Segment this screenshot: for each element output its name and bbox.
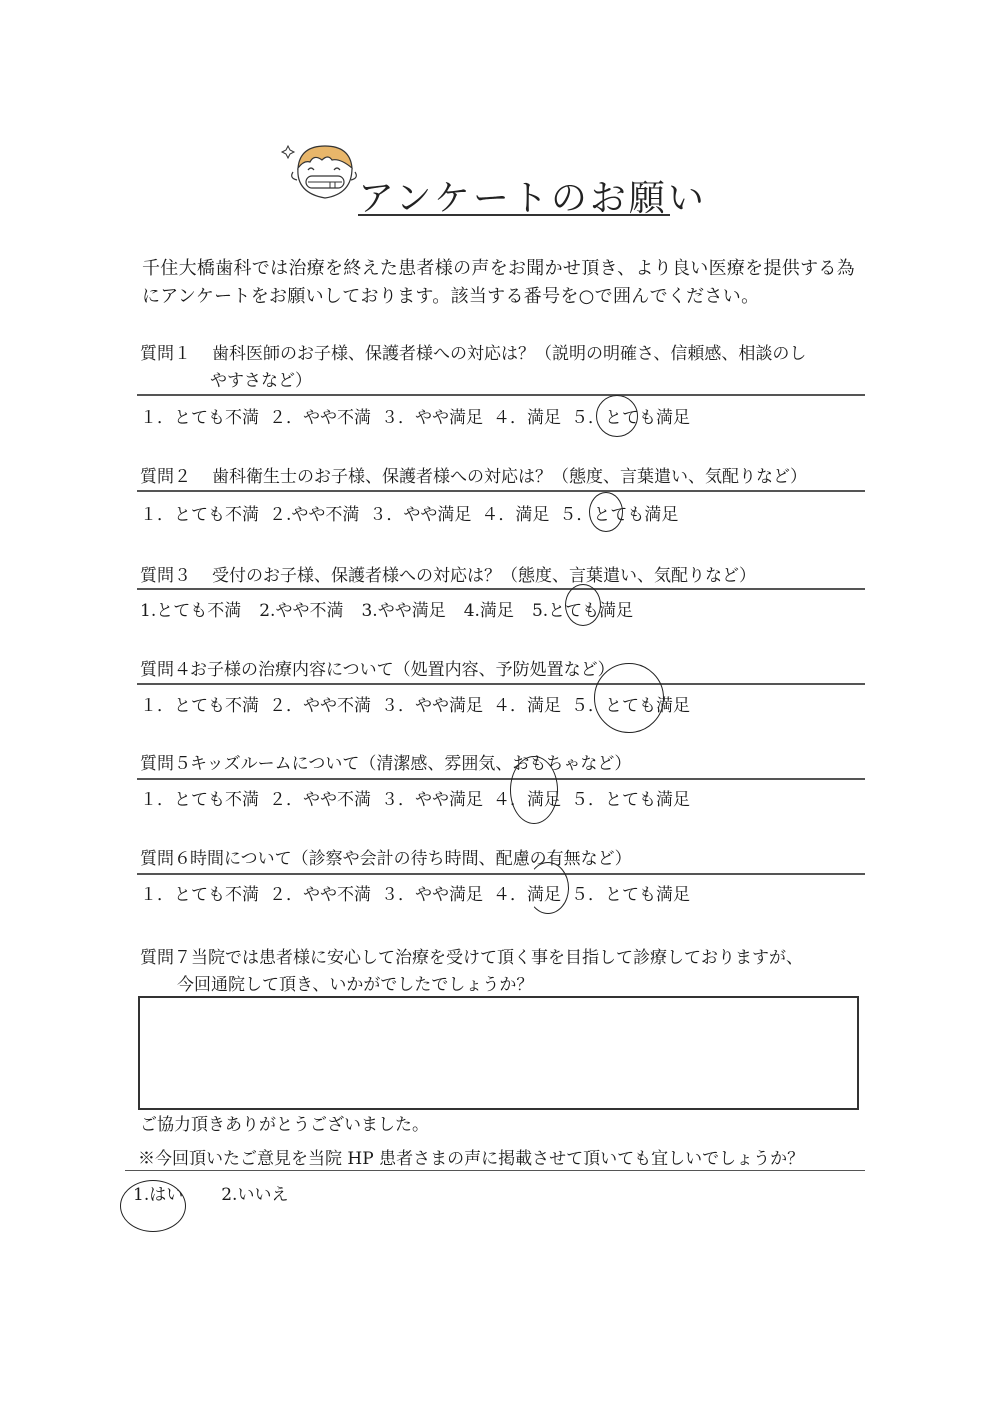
consent-question: ※今回頂いたご意見を当院 HP 患者さまの声に掲載させて頂いても宜しいでしょうか… <box>138 1144 804 1169</box>
option-2[interactable]: ２．やや不満 <box>269 785 371 810</box>
question-text: 歯科衛生士のお子様、保護者様への対応は？（態度、言葉遣い、気配りなど） <box>212 467 807 487</box>
option-4[interactable]: 4.満足 <box>464 596 514 621</box>
intro-text: 千住大橋歯科では治療を終えた患者様の声をお聞かせ頂き、より良い医療を提供する為 … <box>142 255 872 311</box>
question-1: 質問１歯科医師のお子様、保護者様への対応は？（説明の明確さ、信頼感、相談のし や… <box>140 341 806 395</box>
option-3[interactable]: 3.やや満足 <box>361 596 445 621</box>
option-2[interactable]: ２．やや不満 <box>269 691 371 716</box>
question-text: お子様の治療内容について（処置内容、予防処置など） <box>190 660 615 680</box>
selected-circle-q6 <box>527 862 569 914</box>
option-5[interactable]: ５．とても満足 <box>571 880 690 905</box>
question-label: 質問２ <box>140 464 212 491</box>
selected-circle-q4 <box>594 663 664 733</box>
option-1[interactable]: １．とても不満 <box>140 403 259 428</box>
option-2[interactable]: ２.やや不満 <box>269 500 359 525</box>
option-1[interactable]: 1.とても不満 <box>140 596 241 621</box>
option-5[interactable]: ５．とても満足 <box>571 785 690 810</box>
selected-circle-q1 <box>596 395 638 437</box>
smiling-child-face-icon <box>280 138 360 208</box>
selected-circle-q2 <box>589 492 623 532</box>
divider <box>137 778 865 780</box>
option-1[interactable]: １．とても不満 <box>140 500 259 525</box>
option-3[interactable]: ３．やや満足 <box>381 691 483 716</box>
question-7: 質問７当院では患者様に安心して治療を受けて頂く事を目指して診療しておりますが、 … <box>140 945 803 999</box>
question-text: 受付のお子様、保護者様への対応は？（態度、言葉遣い、気配りなど） <box>212 566 756 586</box>
divider <box>137 873 865 875</box>
option-3[interactable]: ３．やや満足 <box>369 500 471 525</box>
selected-circle-q3 <box>565 584 601 626</box>
consent-no[interactable]: 2.いいえ <box>221 1185 288 1205</box>
question-label: 質問７ <box>140 948 191 968</box>
option-1[interactable]: １．とても不満 <box>140 691 259 716</box>
option-2[interactable]: 2.やや不満 <box>259 596 343 621</box>
option-3[interactable]: ３．やや満足 <box>381 403 483 428</box>
divider <box>125 1170 865 1171</box>
header: アンケートのお願い <box>280 138 690 218</box>
options-q5: １．とても不満２．やや不満３．やや満足４．満足５．とても満足 <box>140 785 700 810</box>
option-2[interactable]: ２．やや不満 <box>269 403 371 428</box>
question-label: 質問１ <box>140 341 212 368</box>
divider <box>137 490 865 492</box>
options-q6: １．とても不満２．やや不満３．やや満足４．満足５．とても満足 <box>140 880 700 905</box>
question-3: 質問３受付のお子様、保護者様への対応は？（態度、言葉遣い、気配りなど） <box>140 563 756 590</box>
question-2: 質問２歯科衛生士のお子様、保護者様への対応は？（態度、言葉遣い、気配りなど） <box>140 464 807 491</box>
option-4[interactable]: ４．満足 <box>493 403 561 428</box>
selected-circle-q5 <box>510 756 558 824</box>
title-underline <box>358 214 670 216</box>
selected-circle-consent <box>120 1180 186 1232</box>
option-3[interactable]: ３．やや満足 <box>381 785 483 810</box>
question-5: 質問５キッズルームについて（清潔感、雰囲気、おもちゃなど） <box>140 751 631 778</box>
divider <box>137 394 865 396</box>
intro-line-2: にアンケートをお願いしております。該当する番号を○で囲んでください。 <box>142 283 872 311</box>
question-text-cont: 今回通院して頂き、いかがでしたでしょうか？ <box>140 972 803 999</box>
option-1[interactable]: １．とても不満 <box>140 880 259 905</box>
question-label: 質問４ <box>140 657 190 684</box>
option-4[interactable]: ４．満足 <box>493 691 561 716</box>
thanks-text: ご協力頂きありがとうございました。 <box>140 1110 429 1135</box>
free-comment-box[interactable] <box>138 996 859 1110</box>
option-2[interactable]: ２．やや不満 <box>269 880 371 905</box>
question-text: 時間について（診察や会計の待ち時間、配慮の有無など） <box>190 849 632 869</box>
divider <box>137 588 865 590</box>
option-4[interactable]: ４．満足 <box>481 500 549 525</box>
question-text: キッズルームについて（清潔感、雰囲気、おもちゃなど） <box>190 754 631 774</box>
question-text: 歯科医師のお子様、保護者様への対応は？（説明の明確さ、信頼感、相談のし <box>212 344 806 364</box>
question-label: 質問５ <box>140 751 190 778</box>
divider <box>137 683 865 685</box>
question-label: 質問３ <box>140 563 212 590</box>
intro-line-1: 千住大橋歯科では治療を終えた患者様の声をお聞かせ頂き、より良い医療を提供する為 <box>142 255 872 283</box>
question-label: 質問６ <box>140 846 190 873</box>
question-text-cont: やすさなど） <box>140 368 806 395</box>
option-1[interactable]: １．とても不満 <box>140 785 259 810</box>
question-text: 当院では患者様に安心して治療を受けて頂く事を目指して診療しておりますが、 <box>191 948 803 968</box>
question-4: 質問４お子様の治療内容について（処置内容、予防処置など） <box>140 657 615 684</box>
option-3[interactable]: ３．やや満足 <box>381 880 483 905</box>
